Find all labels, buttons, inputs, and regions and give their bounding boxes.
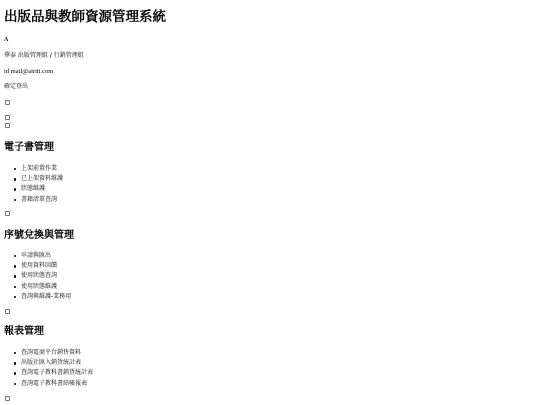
menu-item-etextbook-settlement-report[interactable]: 查詢電子教科書結帳報表 — [4, 379, 93, 389]
menu-item-usage-status-query[interactable]: 使用狀態查詢 — [4, 271, 71, 281]
menu-item-query-maintenance-sales[interactable]: 查詢與維護-業務用 — [4, 292, 71, 302]
menu-toggle-checkbox-3[interactable] — [5, 123, 10, 128]
bullet-icon — [14, 265, 16, 267]
bullet-icon — [14, 255, 16, 257]
user-initial: A — [4, 37, 8, 44]
section-toggle-checkbox-report[interactable] — [5, 396, 10, 401]
bullet-icon — [14, 168, 16, 170]
menu-item-usage-status-maintenance[interactable]: 使用狀態維護 — [4, 282, 71, 292]
bullet-icon — [14, 383, 16, 385]
bullet-icon — [14, 286, 16, 288]
bullet-icon — [14, 362, 16, 364]
bullet-icon — [14, 188, 16, 190]
bullet-icon — [14, 199, 16, 201]
menu-item-publisher-import-sales[interactable]: 出版社匯入銷貨統計表 — [4, 358, 93, 368]
menu-toggle-checkbox-1[interactable] — [5, 100, 10, 105]
menu-item-ecommerce-sales-query[interactable]: 查詢電商平台銷售資料 — [4, 348, 93, 358]
page-title: 出版品與教師資源管理系統 — [4, 10, 166, 26]
menu-item-usage-feedback[interactable]: 使用資料回饋 — [4, 261, 71, 271]
menu-item-listed-data-maintenance[interactable]: 已上架資料維護 — [4, 174, 63, 184]
bullet-icon — [14, 296, 16, 298]
section-title-report-management: 報表管理 — [4, 326, 44, 338]
section-title-serial-redemption: 序號兌換與管理 — [4, 230, 74, 242]
menu-toggle-checkbox-2[interactable] — [5, 115, 10, 120]
menu-item-book-list-query[interactable]: 書籍清單查詢 — [4, 195, 63, 205]
serial-redemption-menu: 申請與匯出 使用資料回饋 使用狀態查詢 使用狀態維護 查詢與維護-業務用 — [4, 251, 71, 302]
report-management-menu: 查詢電商平台銷售資料 出版社匯入銷貨統計表 查詢電子教科書銷貨統計表 查詢電子教… — [4, 348, 93, 389]
bullet-icon — [14, 275, 16, 277]
section-title-ebook-management: 電子書管理 — [4, 142, 54, 154]
menu-item-etextbook-sales-stats[interactable]: 查詢電子教科書銷貨統計表 — [4, 368, 93, 378]
user-id-email: id mail@airiti.com — [4, 68, 53, 75]
bullet-icon — [14, 372, 16, 374]
user-org-groups: 華泰 出版管理組 / 行銷管理組 — [4, 53, 84, 60]
ebook-management-menu: 上架前置作業 已上架資料維護 狀態維護 書籍清單查詢 — [4, 164, 63, 205]
menu-item-apply-export[interactable]: 申請與匯出 — [4, 251, 71, 261]
section-toggle-checkbox-ebook[interactable] — [5, 211, 10, 216]
menu-item-pre-listing[interactable]: 上架前置作業 — [4, 164, 63, 174]
menu-item-status-maintenance[interactable]: 狀態維護 — [4, 184, 63, 194]
bullet-icon — [14, 178, 16, 180]
logout-link[interactable]: 確定登出 — [4, 84, 28, 91]
bullet-icon — [14, 352, 16, 354]
section-toggle-checkbox-serial[interactable] — [5, 309, 10, 314]
